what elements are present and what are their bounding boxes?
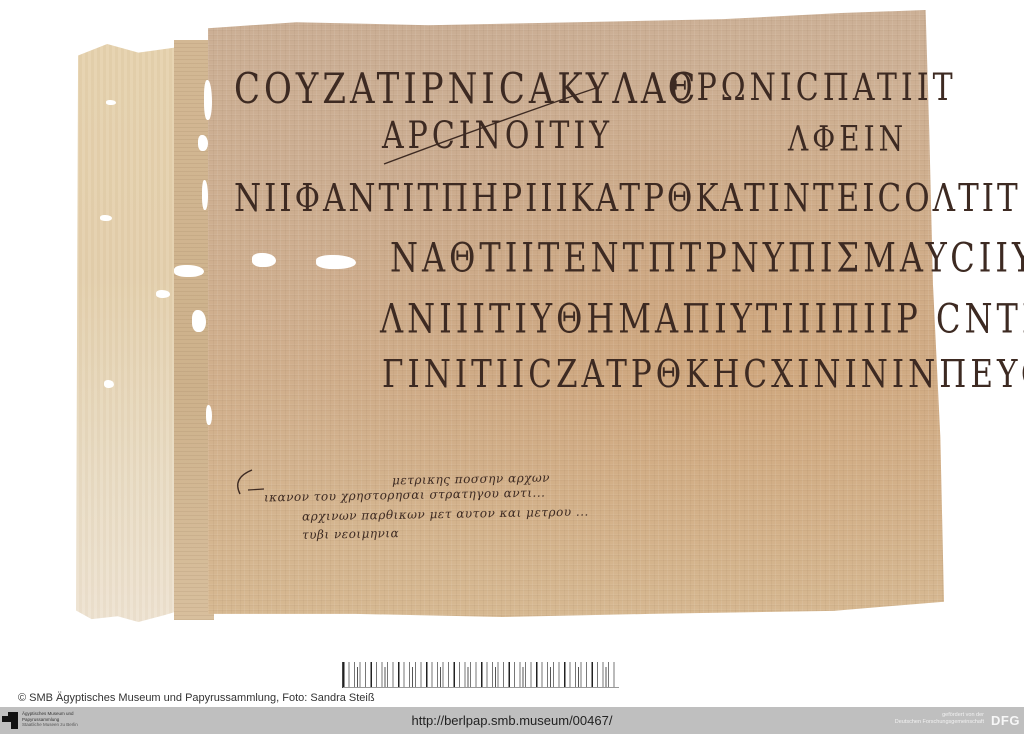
papyrus-hole — [206, 405, 212, 425]
text-line-4: NAΘTIITENTΠTPNYΠIΣMAYCIIYIY — [390, 234, 1024, 282]
strike-stroke — [376, 82, 606, 172]
funding-credit: gefördert von der Deutschen Forschungsge… — [895, 712, 984, 726]
subscription-line-4: τυβι νεοιμηνια — [302, 526, 399, 542]
papyrus-hole — [198, 135, 208, 151]
copyright-caption: © SMB Ägyptisches Museum und Papyrussamm… — [18, 692, 375, 704]
footer-bar: Ägyptisches Museum und Papyrussammlung S… — [0, 707, 1024, 734]
papyrus-hole — [106, 100, 116, 105]
scale-half-ticks — [357, 667, 619, 688]
scale-ruler — [342, 662, 619, 688]
papyrus-hole — [192, 310, 206, 332]
text-line-3: NIIΦANTITΠΗΡIIIKATΡΘKATINTEICOΛTIT — [234, 176, 1021, 221]
image-viewer: COYZATIPNICAKYΛAC ΘΡΩNICΠATIIT APCINOITI… — [0, 0, 1024, 734]
papyrus-image[interactable]: COYZATIPNICAKYΛAC ΘΡΩNICΠATIIT APCINOITI… — [76, 10, 944, 622]
papyrus-hole — [174, 265, 204, 277]
papyrus-hole — [204, 80, 212, 120]
text-line-2b: ΛΦΕΙΝ — [788, 118, 907, 159]
text-line-1b: ΘΡΩNICΠATIIT — [668, 66, 957, 110]
dfg-logo-icon[interactable]: DFG — [991, 713, 1020, 728]
text-line-5: ΛNIIITIYΘHMAΠIYTIIIΠIIP CNTΓ — [380, 295, 1024, 343]
papyrus-hole — [100, 215, 112, 221]
permalink-url[interactable]: http://berlpap.smb.museum/00467/ — [0, 713, 1024, 728]
papyrus-hole — [202, 180, 208, 210]
papyrus-hole — [156, 290, 170, 298]
text-line-6: ΓINITIICΖATΡΘKHCXINININΠEYCΛ — [382, 352, 1024, 397]
papyrus-hole — [104, 380, 114, 388]
funding-line-2: Deutschen Forschungsgemeinschaft — [895, 719, 984, 726]
papyrus-left-margin — [76, 44, 180, 622]
funding-line-1: gefördert von der — [895, 712, 984, 719]
papyrus-hole — [252, 253, 276, 267]
papyrus-hole — [316, 255, 356, 269]
paragraphos-mark — [226, 458, 266, 498]
